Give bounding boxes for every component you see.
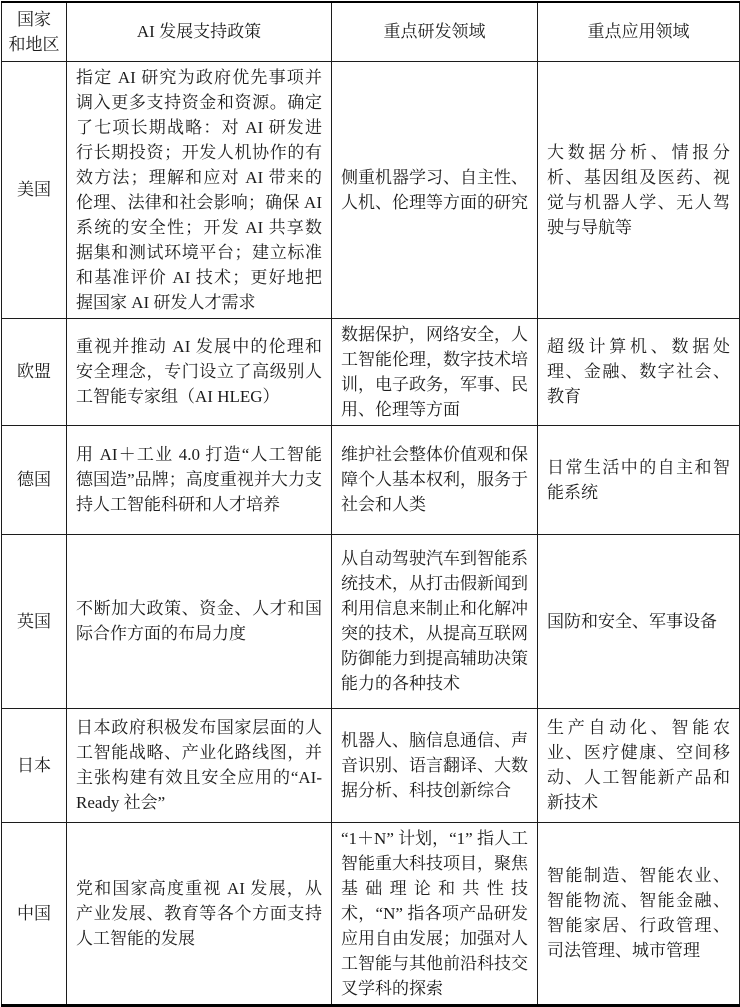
cell-country: 中国 — [2, 822, 67, 1005]
cell-rd: 侧重机器学习、自主性、人机、伦理等方面的研究 — [332, 61, 538, 318]
table-row-japan: 日本 日本政府积极发布国家层面的人工智能战略、产业化路线图，并主张构建有效且安全… — [2, 708, 740, 822]
cell-policy: 指定 AI 研究为政府优先事项并调入更多支持资金和资源。确定了七项长期战略：对 … — [67, 61, 332, 318]
header-support-policy: AI 发展支持政策 — [67, 2, 332, 61]
table-row-eu: 欧盟 重视并推动 AI 发展中的伦理和安全理念，专门设立了高级别人工智能专家组（… — [2, 318, 740, 425]
cell-rd: 机器人、脑信息通信、声音识别、语言翻译、大数据分析、科技创新综合 — [332, 708, 538, 822]
cell-policy: 日本政府积极发布国家层面的人工智能战略、产业化路线图，并主张构建有效且安全应用的… — [67, 708, 332, 822]
cell-policy: 重视并推动 AI 发展中的伦理和安全理念，专门设立了高级别人工智能专家组（AI … — [67, 318, 332, 425]
cell-country: 欧盟 — [2, 318, 67, 425]
cell-rd: 从自动驾驶汽车到智能系统技术，从打击假新闻到利用信息来制止和化解冲突的技术，从提… — [332, 534, 538, 708]
header-row: 国家 和地区 AI 发展支持政策 重点研发领域 重点应用领域 — [2, 2, 740, 61]
cell-country: 美国 — [2, 61, 67, 318]
cell-app: 生产自动化、智能农业、医疗健康、空间移动、人工智能新产品和新技术 — [538, 708, 740, 822]
cell-app: 大数据分析、情报分析、基因组及医药、视觉与机器人学、无人驾驶与导航等 — [538, 61, 740, 318]
table-row-germany: 德国 用 AI＋工业 4.0 打造“人工智能德国造”品牌；高度重视并大力支持人工… — [2, 425, 740, 534]
ai-policy-comparison-table: 国家 和地区 AI 发展支持政策 重点研发领域 重点应用领域 美国 指定 AI … — [1, 1, 740, 1007]
table-row-uk: 英国 不断加大政策、资金、人才和国际合作方面的布局力度 从自动驾驶汽车到智能系统… — [2, 534, 740, 708]
header-application-areas: 重点应用领域 — [538, 2, 740, 61]
cell-country: 德国 — [2, 425, 67, 534]
cell-country: 英国 — [2, 534, 67, 708]
table-row-usa: 美国 指定 AI 研究为政府优先事项并调入更多支持资金和资源。确定了七项长期战略… — [2, 61, 740, 318]
cell-policy: 不断加大政策、资金、人才和国际合作方面的布局力度 — [67, 534, 332, 708]
cell-rd: 维护社会整体价值观和保障个人基本权利，服务于社会和人类 — [332, 425, 538, 534]
cell-rd: “1＋N” 计划，“1” 指人工智能重大科技项目，聚焦基础理论和共性技术，“N”… — [332, 822, 538, 1005]
cell-rd: 数据保护，网络安全，人工智能伦理，数字技术培训，电子政务，军事、民用、伦理等方面 — [332, 318, 538, 425]
cell-country: 日本 — [2, 708, 67, 822]
cell-app: 日常生活中的自主和智能系统 — [538, 425, 740, 534]
cell-app: 国防和安全、军事设备 — [538, 534, 740, 708]
cell-app: 智能制造、智能农业、智能物流、智能金融、智能家居、行政管理、司法管理、城市管理 — [538, 822, 740, 1005]
cell-app: 超级计算机、数据处理、金融、数字社会、教育 — [538, 318, 740, 425]
cell-policy: 党和国家高度重视 AI 发展，从产业发展、教育等各个方面支持人工智能的发展 — [67, 822, 332, 1005]
document-page: 国家 和地区 AI 发展支持政策 重点研发领域 重点应用领域 美国 指定 AI … — [0, 0, 740, 987]
header-country-region: 国家 和地区 — [2, 2, 67, 61]
cell-policy: 用 AI＋工业 4.0 打造“人工智能德国造”品牌；高度重视并大力支持人工智能科… — [67, 425, 332, 534]
header-rd-areas: 重点研发领域 — [332, 2, 538, 61]
table-row-china: 中国 党和国家高度重视 AI 发展，从产业发展、教育等各个方面支持人工智能的发展… — [2, 822, 740, 1005]
